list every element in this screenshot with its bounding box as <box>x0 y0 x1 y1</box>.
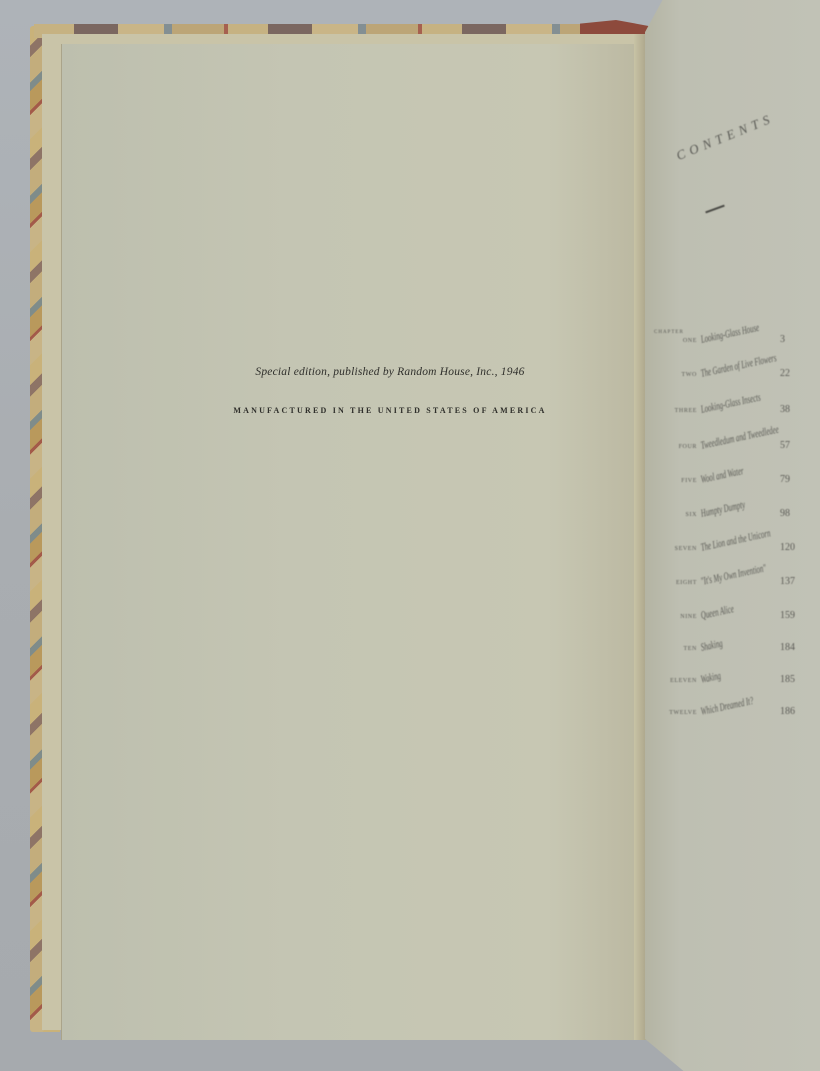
contents-rule <box>705 205 724 214</box>
toc-row: six Humpty Dumpty 98 <box>650 508 820 528</box>
chapter-title: Tweedledum and Tweedledee <box>700 424 780 452</box>
toc-row: seven The Lion and the Unicorn 120 <box>650 542 820 562</box>
chapter-number: ten <box>684 646 697 652</box>
chapter-page: 57 <box>780 440 790 451</box>
toc-row: five Wool and Water 79 <box>650 474 820 494</box>
chapter-page: 186 <box>780 706 795 717</box>
chapter-page: 38 <box>780 404 790 415</box>
chapter-number: eleven <box>670 678 697 684</box>
chapter-page: 22 <box>780 368 790 379</box>
chapter-title: Wool and Water <box>700 465 745 486</box>
copyright-page <box>62 44 634 1040</box>
toc-row: four Tweedledum and Tweedledee 57 <box>650 440 820 460</box>
chapter-number: five <box>681 478 697 484</box>
chapter-number: two <box>682 372 697 378</box>
chapter-number: four <box>679 444 697 450</box>
chapter-number: one <box>683 338 697 344</box>
chapter-page: 184 <box>780 642 795 653</box>
manufactured-line: MANUFACTURED IN THE UNITED STATES OF AME… <box>230 406 550 415</box>
table-of-contents: CONTENTS CHAPTER one Looking-Glass House… <box>650 120 820 740</box>
chapter-title: Queen Alice <box>700 603 735 622</box>
chapter-number: eight <box>676 580 697 586</box>
chapter-title: Which Dreamed It? <box>700 695 755 718</box>
chapter-title: The Garden of Live Flowers <box>700 352 778 380</box>
toc-row: twelve Which Dreamed It? 186 <box>650 706 820 726</box>
chapter-number: three <box>675 408 697 414</box>
chapter-title: Waking <box>700 670 722 686</box>
chapter-number: six <box>686 512 697 518</box>
chapter-title: Shaking <box>700 638 724 654</box>
toc-row: two The Garden of Live Flowers 22 <box>650 368 820 388</box>
toc-row: eight "It's My Own Invention" 137 <box>650 576 820 596</box>
chapter-page: 137 <box>780 576 795 587</box>
chapter-title: The Lion and the Unicorn <box>700 527 772 553</box>
chapter-title: "It's My Own Invention" <box>700 562 768 588</box>
chapter-number: seven <box>675 546 697 552</box>
imprint-block: Special edition, published by Random Hou… <box>230 366 550 415</box>
chapter-page: 3 <box>780 334 785 345</box>
toc-row: three Looking-Glass Insects 38 <box>650 404 820 424</box>
chapter-title: Humpty Dumpty <box>700 499 746 520</box>
chapter-page: 185 <box>780 674 795 685</box>
chapter-page: 79 <box>780 474 790 485</box>
toc-row: ten Shaking 184 <box>650 642 820 662</box>
chapter-page: 120 <box>780 542 795 553</box>
chapter-number: twelve <box>669 710 697 716</box>
chapter-title: Looking-Glass Insects <box>700 391 762 415</box>
chapter-number: nine <box>680 614 697 620</box>
chapter-page: 159 <box>780 610 795 621</box>
chapter-title: Looking-Glass House <box>700 322 760 346</box>
toc-row: one Looking-Glass House 3 <box>650 334 820 354</box>
toc-row: nine Queen Alice 159 <box>650 610 820 630</box>
chapter-page: 98 <box>780 508 790 519</box>
edition-line: Special edition, published by Random Hou… <box>230 366 550 378</box>
toc-row: eleven Waking 185 <box>650 674 820 694</box>
